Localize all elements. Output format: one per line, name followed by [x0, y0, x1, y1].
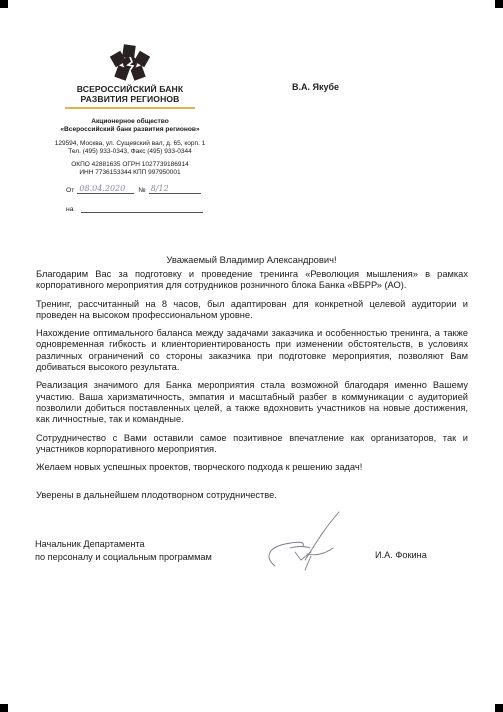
- star-flower-logo-icon: [108, 44, 152, 82]
- signatory-name: И.А. Фокина: [375, 550, 427, 560]
- number-field: 8/12: [149, 184, 201, 194]
- paragraph: Сотрудничество с Вами оставили самое поз…: [36, 433, 468, 456]
- signatory-title-line2: по персоналу и социальным программам: [35, 551, 212, 564]
- address-line1: 129594, Москва, ул. Сущевский вал, д. 65…: [30, 140, 230, 148]
- registration-line1: ОКПО 42881635 ОГРН 1027739186914: [30, 161, 230, 169]
- bank-name-line2: РАЗВИТИЯ РЕГИОНОВ: [30, 94, 230, 104]
- scan-corner-mark: [495, 0, 503, 8]
- org-type: Акционерное общество: [30, 118, 230, 126]
- date-number-row: От 08.04.2020 № 8/12: [66, 184, 201, 194]
- letter-body: Благодарим Вас за подготовку и проведени…: [36, 269, 468, 480]
- to-field: [81, 203, 203, 213]
- paragraph: Тренинг, рассчитанный на 8 часов, был ад…: [36, 299, 468, 322]
- recipient-name: В.А. Якубе: [292, 82, 339, 92]
- addressed-to-row: на: [66, 203, 203, 213]
- to-label: на: [66, 206, 74, 213]
- date-field: 08.04.2020: [77, 184, 134, 194]
- closing-line: Уверены в дальнейшем плодотворном сотруд…: [36, 490, 277, 500]
- scan-corner-mark: [0, 0, 8, 8]
- scan-corner-mark: [0, 704, 8, 712]
- handwritten-signature-icon: [255, 508, 365, 576]
- registration-line2: ИНН 7736153344 КПП 997950001: [30, 169, 230, 177]
- address-line2: Тел. (495) 933-0343, Факс (495) 933-0344: [30, 148, 230, 156]
- signatory-title-line1: Начальник Департамента: [35, 538, 212, 551]
- date-label: От: [66, 187, 74, 194]
- org-name: «Всероссийский банк развития регионов»: [30, 126, 230, 134]
- number-label: №: [138, 187, 145, 194]
- signatory-title: Начальник Департамента по персоналу и со…: [35, 538, 212, 563]
- paragraph: Нахождение оптимального баланса между за…: [36, 328, 468, 373]
- letterhead: ВСЕРОССИЙСКИЙ БАНК РАЗВИТИЯ РЕГИОНОВ Акц…: [30, 44, 230, 177]
- bank-name-line1: ВСЕРОССИЙСКИЙ БАНК: [30, 84, 230, 94]
- bank-name-underline: [65, 107, 195, 109]
- salutation: Уважаемый Владимир Александрович!: [0, 254, 503, 265]
- paragraph: Благодарим Вас за подготовку и проведени…: [36, 269, 468, 292]
- paragraph: Желаем новых успешных проектов, творческ…: [36, 462, 468, 473]
- paragraph: Реализация значимого для Банка мероприят…: [36, 380, 468, 425]
- scan-corner-mark: [495, 704, 503, 712]
